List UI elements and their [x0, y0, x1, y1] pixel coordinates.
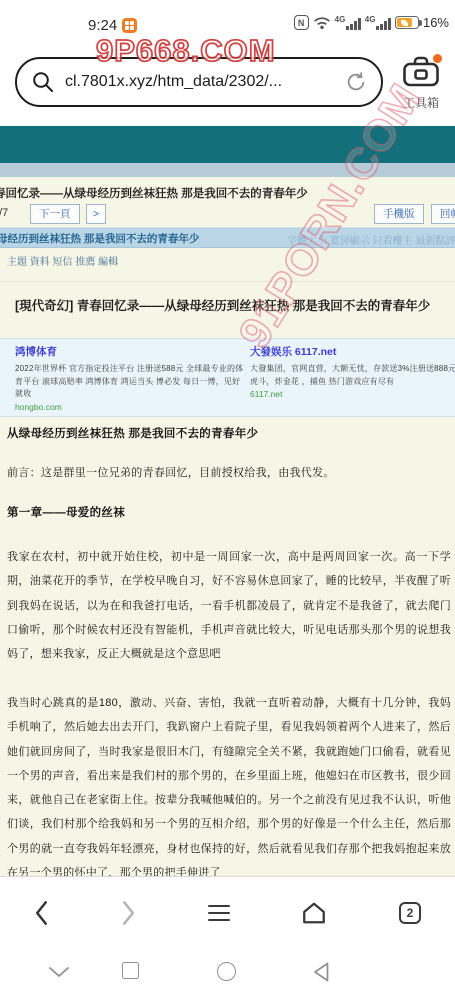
thread-view-options[interactable]: 字體大小 寬屏顯示 只看樓主 最新點評 熱門評論 [287, 232, 455, 247]
network-label: 4G [365, 15, 376, 24]
watermark-top: 9P668.COM [96, 33, 276, 69]
back-nav-icon[interactable] [312, 961, 331, 983]
phone-screen: 9P668.COM 91PORN.COM 9:24 N 4G 4G [0, 0, 455, 1000]
tab-count-button[interactable]: 2 [399, 902, 421, 924]
search-icon [31, 70, 55, 94]
refresh-icon[interactable] [345, 71, 367, 93]
signal-4g-icon-1: 4G [335, 15, 361, 30]
ad-body: 大發集团，官网直营，大额无忧，存款送3%注册送888元秒到账！百家乐，龙虎斗，炸… [250, 363, 455, 388]
hide-nav-chevron-icon[interactable] [48, 966, 70, 979]
ad-item[interactable]: 鸿博体育 2022年世界杯 官方指定投注平台 注册送588元 全球最专业的体育平… [15, 344, 248, 412]
story-paragraph-2: 我当时心跳真的是180，激动、兴奋、害怕，我就一直听着动静，大概有十几分钟，我妈… [7, 691, 451, 877]
system-nav-bar [0, 948, 455, 1000]
site-header-band [0, 126, 455, 163]
pagination-row: 1/7 下一頁 > 手機版 回帖 頂部 [0, 204, 455, 226]
signal-4g-icon-2: 4G [365, 15, 391, 30]
chapter-heading: 第一章——母爱的丝袜 [7, 504, 125, 520]
ad-url-link[interactable]: hongbo.com [15, 402, 248, 412]
content-heading: 从绿母经历到丝袜狂热 那是我回不去的青春年少 [7, 425, 258, 441]
thread-actions: 手機版 回帖 頂部 [374, 204, 455, 224]
thread-bar-title: 母经历到丝袜狂热 那是我回不去的青春年少 [0, 231, 199, 246]
forum-page: 春回忆录——从绿母经历到丝袜狂热 那是我回不去的青春年少 1/7 下一頁 > 手… [0, 177, 455, 877]
ad-title-link[interactable]: 大發娱乐 6117.net [250, 344, 455, 359]
ad-body: 2022年世界杯 官方指定投注平台 注册送588元 全球最专业的体育平台 滚球高… [15, 363, 248, 401]
page-indicator: 1/7 [0, 207, 8, 219]
ad-item[interactable]: 大發娱乐 6117.net 大發集团，官网直营，大额无忧，存款送3%注册送888… [250, 344, 455, 399]
breadcrumb-title: 春回忆录——从绿母经历到丝袜狂热 那是我回不去的青春年少 [0, 185, 308, 201]
content-preface: 前言：这是群里一位兄弟的青春回忆，目前授权给我，由我代发。 [7, 464, 335, 480]
recents-icon[interactable] [122, 962, 139, 979]
next-page-button[interactable]: 下一頁 [30, 204, 80, 224]
divider [0, 281, 455, 282]
ad-title-link[interactable]: 鸿博体育 [15, 344, 248, 359]
poster-links[interactable]: 主題 資料 短信 推薦 編輯 [7, 253, 118, 268]
url-text[interactable]: cl.7801x.xyz/htm_data/2302/... [65, 73, 345, 91]
site-subheader-band [0, 163, 455, 177]
nfc-icon: N [294, 15, 309, 30]
toolbox-button[interactable]: 工具箱 [396, 55, 446, 111]
ad-url-link[interactable]: 6117.net [250, 389, 455, 399]
screen-record-icon [122, 18, 137, 33]
home-icon[interactable] [301, 901, 327, 925]
ad-panel: 鸿博体育 2022年世界杯 官方指定投注平台 注册送588元 全球最专业的体育平… [0, 338, 455, 417]
thread-title-bar: 母经历到丝袜狂热 那是我回不去的青春年少 字體大小 寬屏顯示 只看樓主 最新點評… [0, 227, 455, 248]
wifi-icon [313, 15, 331, 30]
back-icon[interactable] [34, 900, 49, 926]
leaf-icon [401, 20, 408, 26]
battery-percent: 16% [423, 15, 449, 30]
reply-button[interactable]: 回帖 [431, 204, 455, 224]
menu-icon[interactable] [208, 905, 230, 922]
forward-icon[interactable] [121, 900, 136, 926]
notification-dot [433, 54, 442, 63]
post-title: [現代奇幻] 青春回忆录——从绿母经历到丝袜狂热 那是我回不去的青春年少 [15, 296, 430, 314]
network-label: 4G [335, 15, 346, 24]
clock: 9:24 [88, 17, 117, 34]
mobile-version-button[interactable]: 手機版 [374, 204, 424, 224]
toolbox-label: 工具箱 [396, 94, 446, 111]
battery-saver-icon [395, 16, 419, 29]
home-nav-icon[interactable] [217, 962, 236, 981]
next-arrow-button[interactable]: > [86, 204, 106, 224]
browser-toolbar: 2 [0, 878, 455, 948]
story-paragraph-1: 我家在农村，初中就开始住校，初中是一周回家一次，高中是两周回家一次。高一下学期，… [7, 545, 451, 666]
